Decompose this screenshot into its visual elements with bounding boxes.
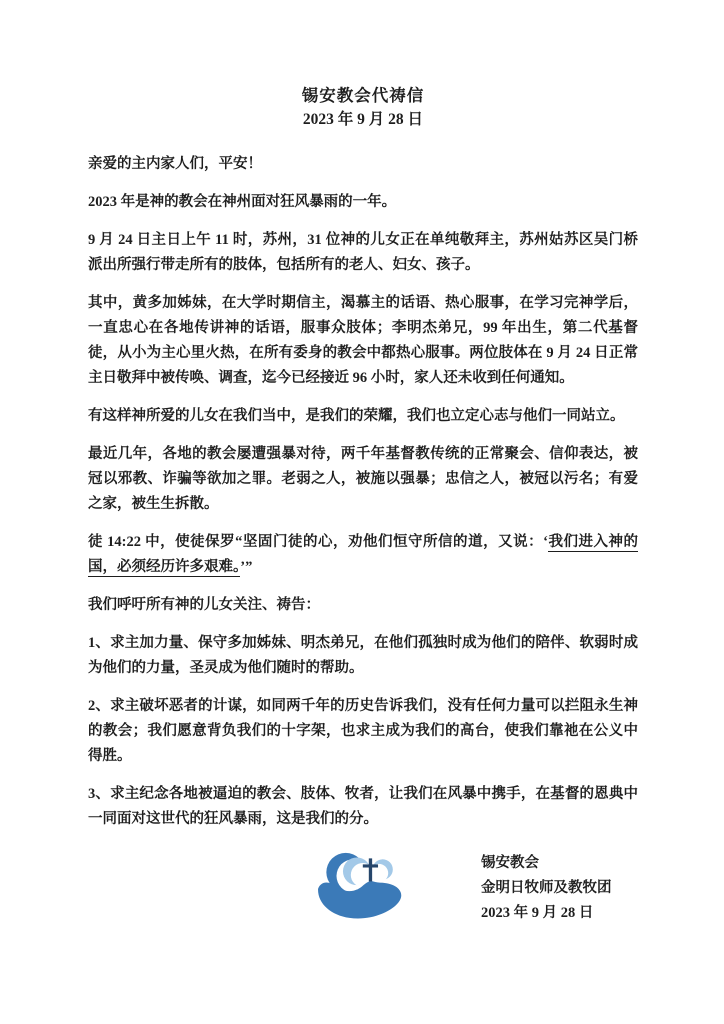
- prayer-item-1: 1、求主加力量、保守多加姊妹、明杰弟兄，在他们孤独时成为他们的陪伴、软弱时成为他…: [88, 631, 638, 681]
- document-header: 锡安教会代祷信 2023 年 9 月 28 日: [88, 84, 638, 132]
- greeting-line: 亲爱的主内家人们，平安！: [88, 152, 638, 177]
- prayer-item-2: 2、求主破坏恶者的计谋，如同两千年的历史告诉我们，没有任何力量可以拦阻永生神的教…: [88, 694, 638, 769]
- document-title: 锡安教会代祷信: [88, 84, 638, 108]
- paragraph-incident: 9 月 24 日主日上午 11 时，苏州，31 位神的儿女正在单纯敬拜主，苏州姑…: [88, 228, 638, 278]
- letter-page: 锡安教会代祷信 2023 年 9 月 28 日 亲爱的主内家人们，平安！ 202…: [0, 0, 724, 1024]
- signature-pastors: 金明日牧师及教牧团: [481, 876, 612, 901]
- prayer-item-3: 3、求主纪念各地被逼迫的教会、肢体、牧者，让我们在风暴中携手，在基督的恩典中一同…: [88, 782, 638, 832]
- paragraph-standing-together: 有这样神所爱的儿女在我们当中，是我们的荣耀，我们也立定心志与他们一同站立。: [88, 404, 638, 429]
- call-to-prayer-line: 我们呼吁所有神的儿女关注、祷告：: [88, 593, 638, 618]
- scripture-suffix: ’”: [240, 559, 252, 575]
- paragraph-recent-years: 最近几年，各地的教会屡遭强暴对待，两千年基督教传统的正常聚会、信仰表达，被冠以邪…: [88, 442, 638, 517]
- paragraph-scripture: 徒 14:22 中，使徒保罗“坚固门徒的心，劝他们恒守所信的道，又说：‘我们进入…: [88, 530, 638, 580]
- document-date: 2023 年 9 月 28 日: [88, 108, 638, 132]
- signature-date: 2023 年 9 月 28 日: [481, 901, 612, 926]
- signature-block: 锡安教会 金明日牧师及教牧团 2023 年 9 月 28 日: [88, 851, 638, 926]
- signature-church-name: 锡安教会: [481, 851, 612, 876]
- church-logo-icon: [314, 851, 407, 923]
- paragraph-overview: 2023 年是神的教会在神州面对狂风暴雨的一年。: [88, 190, 638, 215]
- letter-body: 亲爱的主内家人们，平安！ 2023 年是神的教会在神州面对狂风暴雨的一年。 9 …: [88, 152, 638, 926]
- scripture-prefix: 徒 14:22 中，使徒保罗“坚固门徒的心，劝他们恒守所信的道，又说：‘: [88, 534, 548, 550]
- paragraph-members: 其中，黄多加姊妹，在大学时期信主，渴慕主的话语、热心服事，在学习完神学后，一直忠…: [88, 291, 638, 391]
- signature-text: 锡安教会 金明日牧师及教牧团 2023 年 9 月 28 日: [481, 851, 612, 926]
